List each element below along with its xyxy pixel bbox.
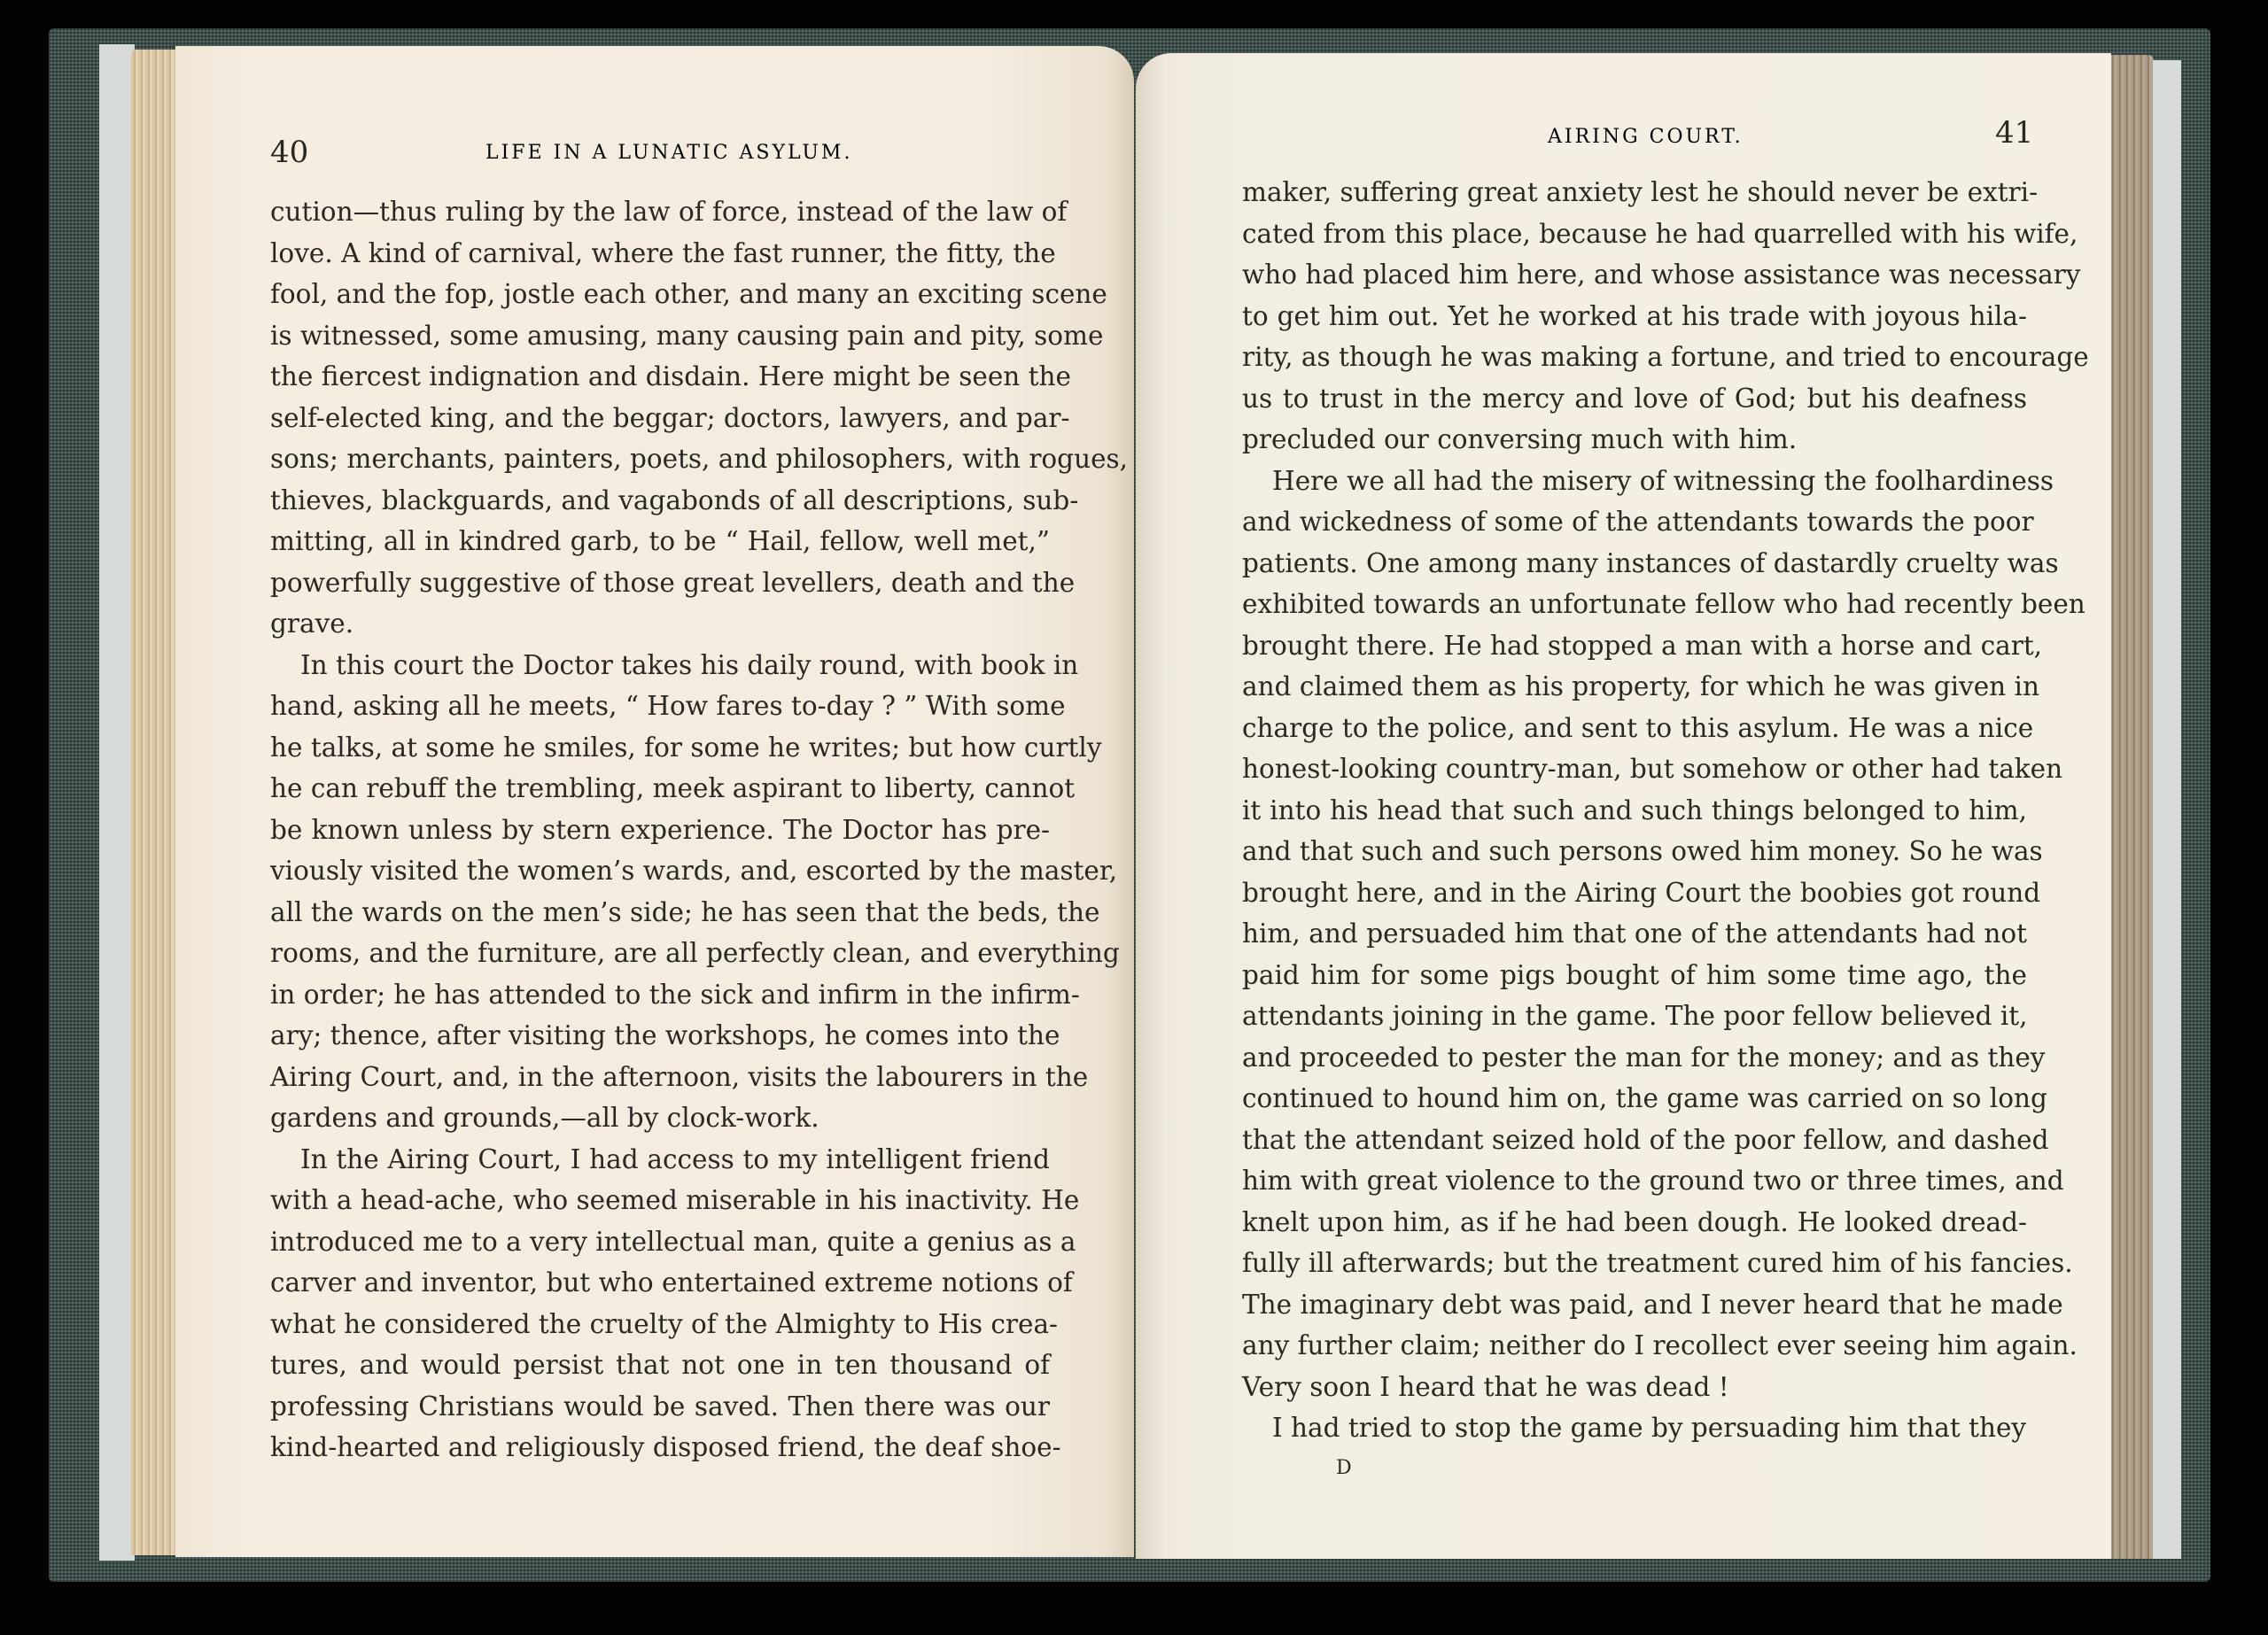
text-line: grave. bbox=[270, 603, 1050, 645]
text-line: ary; thence, after visiting the workshop… bbox=[270, 1015, 1050, 1057]
text-line: be known unless by stern experience. The… bbox=[270, 810, 1050, 851]
text-line: rity, as though he was making a fortune,… bbox=[1242, 337, 2027, 378]
text-line: attendants joining in the game. The poor… bbox=[1242, 996, 2027, 1037]
text-line: him, and persuaded him that one of the a… bbox=[1242, 913, 2027, 955]
text-line: brought there. He had stopped a man with… bbox=[1242, 625, 2027, 667]
text-line: brought here, and in the Airing Court th… bbox=[1242, 872, 2027, 914]
text-line: sons; merchants, painters, poets, and ph… bbox=[270, 438, 1050, 480]
text-line: and wickedness of some of the attendants… bbox=[1242, 501, 2027, 543]
text-line: him with great violence to the ground tw… bbox=[1242, 1160, 2027, 1202]
text-line: thieves, blackguards, and vagabonds of a… bbox=[270, 480, 1050, 522]
text-line: In the Airing Court, I had access to my … bbox=[270, 1139, 1050, 1181]
left-page: 40 LIFE IN A LUNATIC ASYLUM. cution—thus… bbox=[175, 46, 1134, 1557]
text-line: hand, asking all he meets, “ How fares t… bbox=[270, 686, 1050, 727]
text-line: professing Christians would be saved. Th… bbox=[270, 1386, 1050, 1428]
text-line: that the attendant seized hold of the po… bbox=[1242, 1120, 2027, 1161]
text-line: is witnessed, some amusing, many causing… bbox=[270, 315, 1050, 357]
left-running-head: LIFE IN A LUNATIC ASYLUM. bbox=[485, 142, 852, 164]
right-running-head: AIRING COURT. bbox=[1548, 126, 1744, 148]
text-line: self-elected king, and the beggar; docto… bbox=[270, 398, 1050, 439]
left-body-text: cution—thus ruling by the law of force, … bbox=[270, 191, 1050, 1468]
text-line: continued to hound him on, the game was … bbox=[1242, 1078, 2027, 1120]
text-line: introduced me to a very intellectual man… bbox=[270, 1221, 1050, 1263]
text-line: exhibited towards an unfortunate fellow … bbox=[1242, 584, 2027, 625]
text-line: gardens and grounds,—all by clock-work. bbox=[270, 1097, 1050, 1139]
text-line: kind-hearted and religiously disposed fr… bbox=[270, 1427, 1050, 1468]
text-line: and claimed them as his property, for wh… bbox=[1242, 666, 2027, 708]
text-line: he talks, at some he smiles, for some he… bbox=[270, 727, 1050, 769]
text-line: it into his head that such and such thin… bbox=[1242, 790, 2027, 832]
text-line: in order; he has attended to the sick an… bbox=[270, 974, 1050, 1016]
text-line: In this court the Doctor takes his daily… bbox=[270, 645, 1050, 686]
right-endpaper bbox=[2153, 60, 2181, 1559]
signature-mark: D bbox=[1336, 1457, 1352, 1479]
text-line: who had placed him here, and whose assis… bbox=[1242, 254, 2027, 296]
text-line: love. A kind of carnival, where the fast… bbox=[270, 233, 1050, 275]
text-line: Very soon I heard that he was dead ! bbox=[1242, 1367, 2027, 1408]
text-line: paid him for some pigs bought of him som… bbox=[1242, 955, 2027, 996]
left-page-edges bbox=[131, 50, 177, 1555]
text-line: he can rebuff the trembling, meek aspira… bbox=[270, 768, 1050, 810]
right-page-number: 41 bbox=[1995, 115, 2033, 151]
text-line: any further claim; neither do I recollec… bbox=[1242, 1325, 2027, 1367]
page-number-40: 40 bbox=[270, 135, 308, 170]
page-number-41: 41 bbox=[1995, 115, 2033, 151]
text-line: rooms, and the furniture, are all perfec… bbox=[270, 933, 1050, 974]
text-line: with a head-ache, who seemed miserable i… bbox=[270, 1180, 1050, 1221]
text-line: patients. One among many instances of da… bbox=[1242, 543, 2027, 585]
text-line: us to trust in the mercy and love of God… bbox=[1242, 378, 2027, 420]
text-line: powerfully suggestive of those great lev… bbox=[270, 562, 1050, 604]
right-page-edges bbox=[2109, 55, 2154, 1559]
text-line: carver and inventor, but who entertained… bbox=[270, 1262, 1050, 1304]
text-line: what he considered the cruelty of the Al… bbox=[270, 1304, 1050, 1345]
text-line: honest-looking country-man, but somehow … bbox=[1242, 748, 2027, 790]
text-line: to get him out. Yet he worked at his tra… bbox=[1242, 296, 2027, 337]
text-line: charge to the police, and sent to this a… bbox=[1242, 708, 2027, 749]
right-body-text: maker, suffering great anxiety lest he s… bbox=[1242, 172, 2027, 1449]
text-line: knelt upon him, as if he had been dough.… bbox=[1242, 1202, 2027, 1244]
text-line: the fiercest indignation and disdain. He… bbox=[270, 356, 1050, 398]
text-line: precluded our conversing much with him. bbox=[1242, 419, 2027, 461]
text-line: maker, suffering great anxiety lest he s… bbox=[1242, 172, 2027, 213]
left-endpaper bbox=[99, 44, 135, 1561]
text-line: and that such and such persons owed him … bbox=[1242, 831, 2027, 872]
text-line: Airing Court, and, in the afternoon, vis… bbox=[270, 1057, 1050, 1098]
text-line: Here we all had the misery of witnessing… bbox=[1242, 461, 2027, 502]
text-line: I had tried to stop the game by persuadi… bbox=[1242, 1407, 2027, 1449]
text-line: and proceeded to pester the man for the … bbox=[1242, 1037, 2027, 1079]
text-line: viously visited the women’s wards, and, … bbox=[270, 850, 1050, 892]
left-page-number: 40 bbox=[270, 135, 308, 170]
text-line: mitting, all in kindred garb, to be “ Ha… bbox=[270, 521, 1050, 562]
text-line: The imaginary debt was paid, and I never… bbox=[1242, 1284, 2027, 1326]
text-line: cution—thus ruling by the law of force, … bbox=[270, 191, 1050, 233]
text-line: fully ill afterwards; but the treatment … bbox=[1242, 1243, 2027, 1284]
text-line: tures, and would persist that not one in… bbox=[270, 1344, 1050, 1386]
text-line: all the wards on the men’s side; he has … bbox=[270, 892, 1050, 934]
right-page: AIRING COURT. 41 maker, suffering great … bbox=[1136, 53, 2111, 1559]
text-line: fool, and the fop, jostle each other, an… bbox=[270, 274, 1050, 315]
text-line: cated from this place, because he had qu… bbox=[1242, 213, 2027, 255]
